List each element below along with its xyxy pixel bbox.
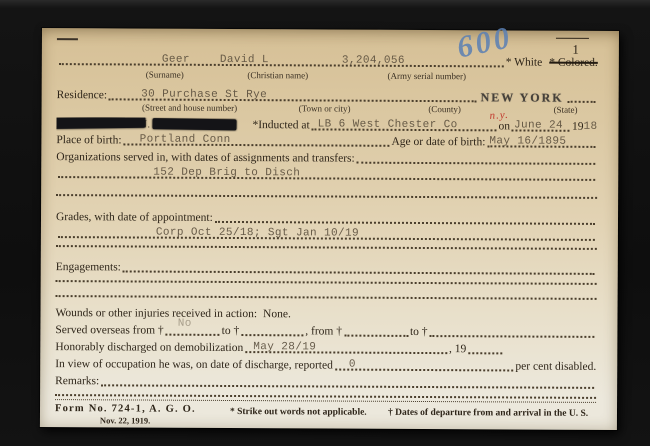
redaction-bar — [152, 118, 236, 130]
year-typed: 18 — [583, 121, 597, 134]
serial-caption: (Army serial number) — [387, 71, 466, 81]
organizations-leader — [357, 152, 596, 165]
christian-name-caption: (Christian name) — [247, 70, 308, 80]
footer-divider-bottom — [55, 399, 596, 403]
disability-row: In view of occupation he was, on date of… — [55, 357, 596, 374]
organizations-row: Organizations served in, with dates of a… — [56, 150, 597, 167]
street-caption: (Street and house number) — [142, 103, 237, 113]
remarks-row: Remarks: — [55, 374, 596, 391]
serial-number-value: 3,204,056 — [342, 55, 405, 68]
overseas-row: Served overseas from † No to † , from † … — [55, 323, 596, 340]
wounds-row: Wounds or other injuries received in act… — [55, 306, 596, 323]
inducted-date-leader: June 24 — [512, 119, 570, 131]
christian-name-value: David L — [220, 54, 269, 67]
footnote-dates: † Dates of departure from and arrival in… — [388, 408, 588, 419]
blank-rule — [56, 280, 597, 285]
inducted-date-value: June 24 — [514, 119, 563, 132]
engagements-row: Engagements: — [56, 260, 597, 277]
disability-leader: 0 — [335, 359, 514, 372]
name-serial-leader: Geer David L 3,204,056 — [59, 53, 504, 67]
birth-age-value: May 16/1895 — [489, 135, 566, 148]
organizations-label: Organizations served in, with dates of a… — [56, 151, 354, 166]
page-number-overline — [556, 38, 589, 39]
disability-value: 0 — [349, 359, 356, 372]
birth-row: Place of birth: Portland Conn Age or dat… — [56, 133, 597, 150]
blank-rule — [56, 295, 597, 300]
grades-value-row: Corp Oct 25/18; Sgt Jan 10/19 — [56, 226, 597, 243]
grades-value: Corp Oct 25/18; Sgt Jan 10/19 — [156, 227, 359, 241]
engagements-leader — [123, 260, 595, 274]
white-label: * White — [506, 56, 543, 69]
residence-trailing-leader — [568, 91, 596, 103]
overseas-to2-label: to † — [410, 326, 428, 339]
overseas-from2-label: , from † — [305, 325, 342, 338]
residence-label: Residence: — [57, 89, 108, 102]
name-row-sublabels: (Surname) (Christian name) (Army serial … — [42, 69, 619, 83]
footer-divider-top — [55, 394, 596, 399]
state-caption: (State) — [554, 105, 578, 115]
surname-value: Geer — [162, 54, 190, 67]
overseas-from1-label: Served overseas from † — [55, 324, 163, 338]
footnote-strike-out: * Strike out words not applicable. — [230, 407, 367, 418]
form-date: Nov. 22, 1919. — [100, 415, 150, 425]
on-label: on — [498, 120, 510, 133]
year-printed: 19 — [572, 121, 584, 134]
birth-place-value: Portland Conn — [140, 134, 231, 147]
overseas-leader-4 — [430, 325, 595, 338]
grades-row: Grades, with date of appointment: — [56, 210, 597, 227]
discharge-leader: May 28/19 — [245, 341, 447, 354]
residence-sublabels: (Street and house number) (Town or city)… — [42, 102, 619, 116]
birth-age-label: Age or date of birth: — [391, 136, 485, 149]
discharge-year-leader — [468, 342, 502, 354]
overseas-leader-1: No — [166, 324, 220, 336]
top-left-dash-mark — [57, 38, 78, 40]
service-record-card: 600 1 Geer David L 3,204,056 * White * C… — [40, 28, 619, 430]
wounds-value: None. — [263, 308, 291, 321]
discharge-row: Honorably discharged on demobilization M… — [55, 340, 504, 356]
inducted-place-value: LB 6 West Chester Co — [318, 118, 458, 132]
birth-place-leader: Portland Conn — [124, 133, 390, 146]
overseas-leader-2 — [241, 324, 303, 336]
residence-leader: 30 Purchase St Rye — [109, 88, 477, 102]
engagements-label: Engagements: — [56, 261, 121, 274]
discharge-date-value: May 28/19 — [253, 341, 316, 354]
overseas-to1-label: to † — [222, 325, 240, 338]
enlisted-redacted-section: Enlisted R. A. N. G. E. R. C. — [56, 117, 252, 132]
inducted-at-label: *Inducted at — [252, 119, 309, 132]
colored-label-struck: * Colored. — [549, 57, 598, 70]
surname-caption: (Surname) — [146, 70, 184, 80]
induction-row: Enlisted R. A. N. G. E. R. C. *Inducted … — [56, 117, 597, 134]
form-number: Form No. 724-1, A. G. O. — [55, 403, 196, 415]
town-caption: (Town or city) — [299, 103, 351, 113]
residence-street-value: 30 Purchase St Rye — [141, 89, 267, 103]
remarks-leader — [101, 374, 594, 389]
overseas-leader-3 — [344, 325, 408, 337]
discharge-year-label: , 19 — [449, 343, 466, 356]
organizations-value-leader: 152 Dep Brig to Disch — [58, 166, 595, 181]
grades-leader — [215, 211, 595, 225]
inducted-place-leader: LB 6 West Chester Co — [312, 118, 497, 131]
discharge-label: Honorably discharged on demobilization — [55, 341, 243, 355]
blank-rule — [56, 245, 597, 250]
birth-place-label: Place of birth: — [56, 134, 121, 147]
birth-age-leader: May 16/1895 — [487, 135, 595, 148]
scanned-card-viewer: 600 1 Geer David L 3,204,056 * White * C… — [0, 0, 650, 446]
residence-state-stamp: NEW YORK — [481, 91, 564, 104]
disability-suffix: per cent disabled. — [515, 360, 596, 373]
organizations-value: 152 Dep Brig to Disch — [153, 167, 300, 181]
grades-value-leader: Corp Oct 25/18; Sgt Jan 10/19 — [58, 226, 595, 241]
wounds-label: Wounds or other injuries received in act… — [55, 307, 257, 321]
grades-label: Grades, with date of appointment: — [56, 211, 213, 225]
redaction-bar — [56, 117, 145, 129]
name-serial-row: Geer David L 3,204,056 * White * Colored… — [57, 53, 598, 70]
county-caption: (County) — [428, 104, 461, 114]
overseas-typed-answer: No — [178, 318, 192, 331]
blank-rule — [56, 194, 597, 199]
disability-label: In view of occupation he was, on date of… — [55, 358, 333, 372]
organizations-value-row: 152 Dep Brig to Disch — [56, 166, 597, 183]
remarks-label: Remarks: — [55, 375, 99, 388]
